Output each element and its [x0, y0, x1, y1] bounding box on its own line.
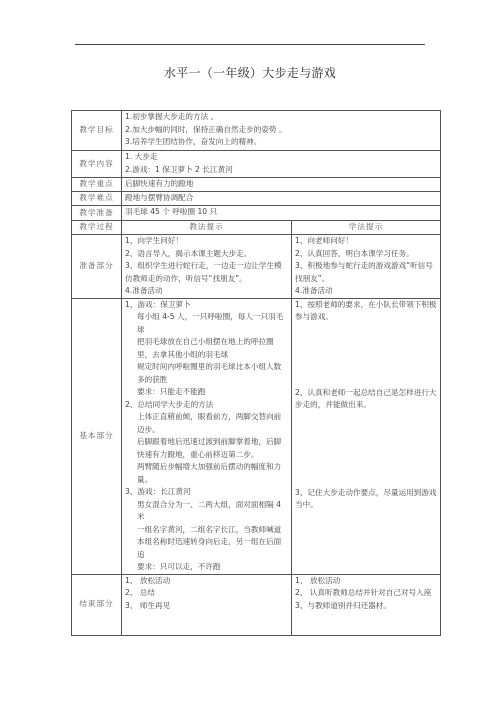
- document-title: 水平一（一年级）大步走与游戏: [0, 64, 500, 81]
- warmup-learning-cell: 1、向老师问好！ 2、认真回答，明白本课学习任务。 3、积极地参与蛇行走的游戏游…: [292, 235, 441, 299]
- teaching-line: 2、总结同学大步走的方法: [125, 399, 288, 412]
- content-line: 2.游戏：1 保卫萝卜 2 长江黄河: [125, 164, 437, 177]
- learning-line: 2、 认真听教师总结并针对自己对号入座: [295, 587, 437, 600]
- content-cell: 1. 大步走 2.游戏：1 保卫萝卜 2 长江黄河: [122, 151, 441, 178]
- key-point-cell: 后脚快速有力的蹬地: [122, 178, 441, 192]
- content-label: 教学内容: [72, 151, 122, 178]
- lesson-plan-table: 教学目标 1.初步掌握大步走的方法 。 2.加大步幅的同时，保持正确自然走步的姿…: [71, 110, 441, 636]
- learning-line: 3、记住大步走动作要点，尽量运用到游戏当中。: [295, 487, 437, 512]
- teaching-line: 3、 师生再见: [125, 600, 288, 613]
- objective-line: 3.培养学生团结协作，奋发向上的精神。: [125, 136, 437, 149]
- teaching-line: 把羽毛球放在自己小组摆在地上的呼拉圈里，去拿其他小组的羽毛球: [125, 336, 288, 361]
- header-rule: [75, 44, 425, 45]
- learning-line: 2、认真回答，明白本课学习任务。: [295, 248, 437, 261]
- teaching-line: 一组名字黄河，二组名字长江，当教师喊道本组名称时迅速转身向后走，另一组在后面追: [125, 524, 288, 562]
- key-point-label: 教学重点: [72, 178, 122, 192]
- row-difficulty: 教学难点 蹬地与摆臂协调配合: [72, 192, 441, 206]
- row-content: 教学内容 1. 大步走 2.游戏：1 保卫萝卜 2 长江黄河: [72, 151, 441, 178]
- row-closing-section: 结束部分 1、 放松活动 2、 总结 3、 师生再见 1、 放松活动 2、 认真…: [72, 574, 441, 635]
- learning-line: 1、向老师问好！: [295, 235, 437, 248]
- objectives-cell: 1.初步掌握大步走的方法 。 2.加大步幅的同时，保持正确自然走步的姿势 。 3…: [122, 111, 441, 151]
- closing-section-label: 结束部分: [72, 574, 122, 635]
- warmup-section-label: 准备部分: [72, 235, 122, 299]
- closing-learning-cell: 1、 放松活动 2、 认真听教师总结并针对自己对号入座 3、与教师道别并归还器材…: [292, 574, 441, 635]
- learning-line: 1、 放松活动: [295, 575, 437, 588]
- content-line: 1. 大步走: [125, 151, 437, 164]
- warmup-teaching-cell: 1、向学生问好！ 2、语言导入，揭示本课主题大步走。 3、组织学生进行蛇行走，一…: [122, 235, 292, 299]
- teaching-line: 上体正直稍前倾，眼看前方，两脚交替向前迈步。: [125, 411, 288, 436]
- learning-line: 1、按照老师的要求，在小队长带领下积极参与游戏。: [295, 299, 437, 387]
- main-teaching-cell: 1、游戏：保卫萝卜 每小组 4-5 人，一只呼啦圈，每人一只羽毛球 把羽毛球放在…: [122, 298, 292, 574]
- teaching-line: 每小组 4-5 人，一只呼啦圈，每人一只羽毛球: [125, 311, 288, 336]
- teaching-line: 男女混合分为一、二两大组，面对面相隔 4 米: [125, 499, 288, 524]
- teaching-line: 3、组织学生进行蛇行走，一边走一边让学生模仿教师走的动作，听信号“找朋友”。: [125, 260, 288, 285]
- main-section-label: 基本部分: [72, 298, 122, 574]
- teaching-line: 1、向学生问好！: [125, 235, 288, 248]
- row-key-point: 教学重点 后脚快速有力的蹬地: [72, 178, 441, 192]
- teaching-line: 3、游戏：长江黄河: [125, 486, 288, 499]
- closing-teaching-cell: 1、 放松活动 2、 总结 3、 师生再见: [122, 574, 292, 635]
- teaching-method-header: 教法提示: [122, 221, 292, 235]
- teaching-line: 规定时间内呼啦圈里的羽毛球比本小组人数多的获胜: [125, 361, 288, 386]
- learning-line: 2、认真和老师一起总结自己是怎样进行大步走的，并能做出来。: [295, 387, 437, 487]
- difficulty-label: 教学难点: [72, 192, 122, 206]
- teaching-line: 要求：只能走不能跑: [125, 386, 288, 399]
- row-preparation: 教学准备 羽毛球 45 个 呼啦圈 10 只: [72, 206, 441, 221]
- teaching-line: 要求：只可以走，不许跑: [125, 561, 288, 574]
- teaching-line: 2、 总结: [125, 587, 288, 600]
- learning-line: 3、与教师道别并归还器材。: [295, 600, 437, 613]
- teaching-line: 2、语言导入，揭示本课主题大步走。: [125, 248, 288, 261]
- preparation-cell: 羽毛球 45 个 呼啦圈 10 只: [122, 206, 441, 221]
- row-process-header: 教学过程 教法提示 学法提示: [72, 221, 441, 235]
- row-main-section: 基本部分 1、游戏：保卫萝卜 每小组 4-5 人，一只呼啦圈，每人一只羽毛球 把…: [72, 298, 441, 574]
- teaching-line: 4.准备活动: [125, 285, 288, 298]
- teaching-line: 1、游戏：保卫萝卜: [125, 299, 288, 312]
- learning-line: 4.准备活动: [295, 285, 437, 298]
- process-label: 教学过程: [72, 221, 122, 235]
- teaching-line: 1、 放松活动: [125, 575, 288, 588]
- learning-method-header: 学法提示: [292, 221, 441, 235]
- main-learning-cell: 1、按照老师的要求，在小队长带领下积极参与游戏。 2、认真和老师一起总结自己是怎…: [292, 298, 441, 574]
- difficulty-cell: 蹬地与摆臂协调配合: [122, 192, 441, 206]
- teaching-line: 后脚跟着地后迅速过渡到前脚掌着地，后脚快速有力蹬地，重心前移迈第二步。: [125, 436, 288, 461]
- objective-line: 1.初步掌握大步走的方法 。: [125, 111, 437, 124]
- learning-line: 3、积极地参与蛇行走的游戏游戏“听信号找朋友”。: [295, 260, 437, 285]
- objective-line: 2.加大步幅的同时，保持正确自然走步的姿势 。: [125, 124, 437, 137]
- row-warmup-section: 准备部分 1、向学生问好！ 2、语言导入，揭示本课主题大步走。 3、组织学生进行…: [72, 235, 441, 299]
- preparation-label: 教学准备: [72, 206, 122, 221]
- teaching-line: 两臂随后步幅增大加强前后摆动的幅度和力量。: [125, 461, 288, 486]
- row-objectives: 教学目标 1.初步掌握大步走的方法 。 2.加大步幅的同时，保持正确自然走步的姿…: [72, 111, 441, 151]
- objectives-label: 教学目标: [72, 111, 122, 151]
